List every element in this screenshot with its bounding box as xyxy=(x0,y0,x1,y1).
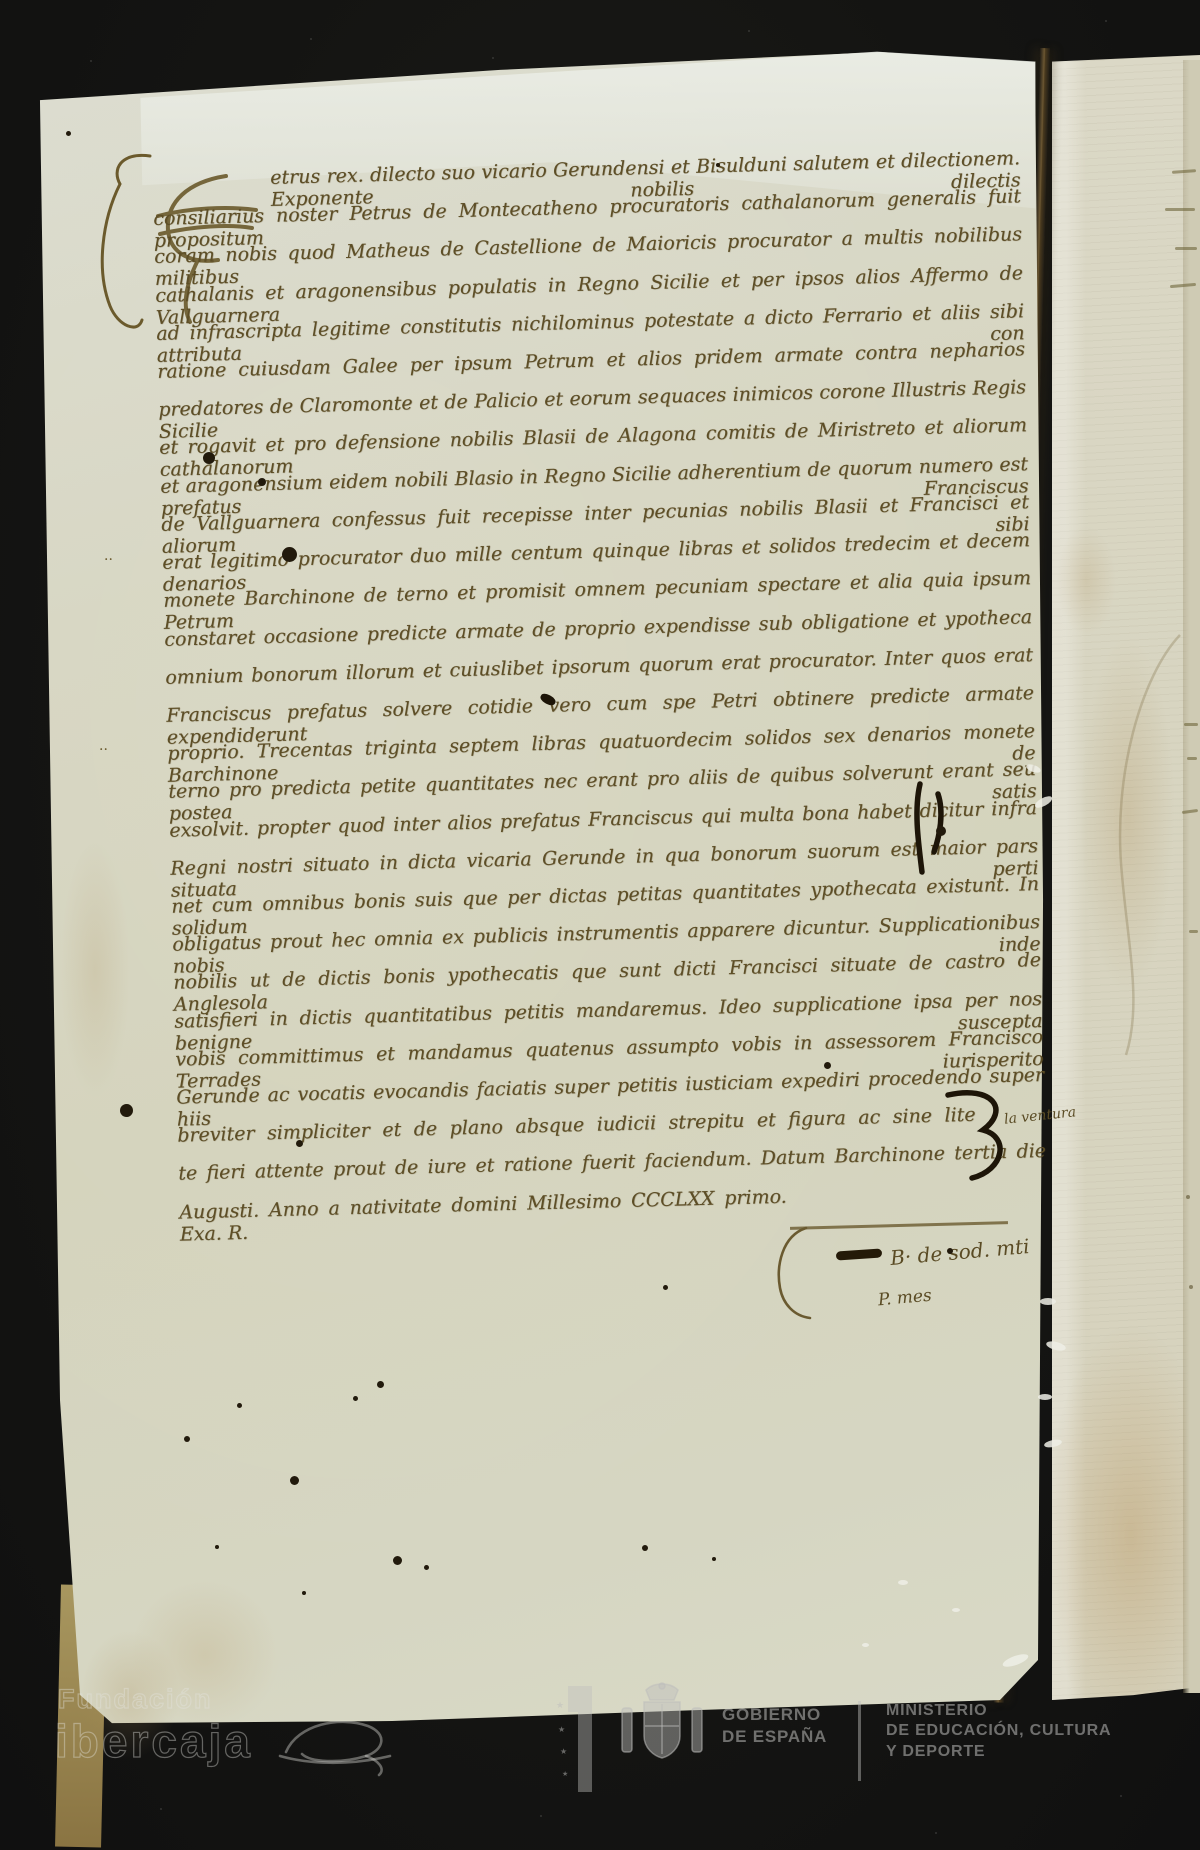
ink-spot xyxy=(393,1556,402,1565)
dust-speck xyxy=(540,1815,542,1817)
svg-text:★: ★ xyxy=(560,1747,567,1756)
ink-spot xyxy=(237,1403,242,1408)
ministerio-line2: DE EDUCACIÓN, CULTURA xyxy=(886,1721,1111,1741)
manuscript-line: Augusti. Anno a nativitate domini Milles… xyxy=(179,1186,787,1234)
ink-squiggle xyxy=(938,1085,1016,1183)
gobierno-line2: DE ESPAÑA xyxy=(722,1726,827,1748)
edge-dot xyxy=(1186,1195,1190,1199)
ink-spot xyxy=(203,452,215,464)
ink-spot xyxy=(353,1396,358,1401)
margin-mark: ·· xyxy=(104,552,113,568)
edge-dot xyxy=(1189,1285,1193,1289)
ibercaja-swirl-icon xyxy=(278,1712,396,1780)
show-through-flourish xyxy=(1082,615,1192,1075)
ink-spot xyxy=(424,1565,429,1570)
dust-speck xyxy=(310,38,312,40)
ink-spot xyxy=(258,478,266,486)
ink-spot xyxy=(66,131,71,136)
photograph-of-manuscript: etrus rex. dilecto suo vicario Gerundens… xyxy=(0,0,1200,1850)
manuscript-text-block: etrus rex. dilecto suo vicario Gerundens… xyxy=(152,147,1048,1244)
text-fragment-mark xyxy=(1165,208,1195,211)
wax-drip xyxy=(1040,1298,1056,1305)
ink-spot xyxy=(642,1545,648,1551)
dust-speck xyxy=(1120,1795,1122,1797)
paper-stain xyxy=(1046,1325,1200,1745)
ink-spot xyxy=(215,1545,219,1549)
dust-speck xyxy=(748,30,750,32)
facing-folio-page xyxy=(1052,55,1200,1700)
text-fragment-mark xyxy=(1184,723,1198,726)
svg-text:★: ★ xyxy=(558,1725,565,1734)
svg-text:★: ★ xyxy=(556,1700,564,1710)
ink-spot xyxy=(296,1140,303,1147)
ink-spot xyxy=(302,1591,306,1595)
margin-mark: ·· xyxy=(99,742,108,758)
ink-spot xyxy=(936,826,946,836)
dust-speck xyxy=(492,57,494,59)
text-fragment-mark xyxy=(1189,930,1198,933)
ink-spot xyxy=(184,1436,190,1442)
wax-drip xyxy=(1038,1394,1052,1400)
dust-speck xyxy=(90,60,92,62)
spain-coat-of-arms-icon xyxy=(616,1680,708,1772)
ink-spot xyxy=(824,1062,831,1069)
gobierno-line1: GOBIERNO xyxy=(722,1704,827,1726)
gobierno-flag-icon: ★ ★ ★ ★ xyxy=(556,1686,606,1794)
dust-speck xyxy=(160,1808,162,1810)
ink-spot xyxy=(663,1285,668,1290)
ministerio-line1: MINISTERIO xyxy=(886,1701,1111,1721)
wax-drip xyxy=(862,1643,869,1647)
ministerio-watermark-text: MINISTERIO DE EDUCACIÓN, CULTURA Y DEPOR… xyxy=(886,1701,1111,1762)
ministerio-line3: Y DEPORTE xyxy=(886,1742,1111,1762)
ink-spot xyxy=(282,547,297,562)
dust-speck xyxy=(1105,20,1107,22)
ink-spot xyxy=(377,1381,384,1388)
ink-spot xyxy=(120,1104,133,1117)
wax-drip xyxy=(898,1580,908,1585)
watermark-divider xyxy=(858,1701,861,1781)
paper-stain xyxy=(60,840,130,1100)
ibercaja-watermark-line2: ibercaja xyxy=(55,1714,253,1768)
ibercaja-watermark-line1: Fundación xyxy=(58,1684,213,1715)
signature-bracket xyxy=(774,1226,814,1322)
ink-spot xyxy=(290,1476,299,1485)
wax-drip xyxy=(952,1608,960,1612)
underlying-page-edge xyxy=(1183,60,1200,1693)
svg-text:★: ★ xyxy=(562,1770,568,1778)
text-fragment-mark xyxy=(1175,247,1197,250)
dust-speck xyxy=(935,1832,937,1834)
gobierno-watermark-text: GOBIERNO DE ESPAÑA xyxy=(722,1704,827,1748)
ink-spot xyxy=(716,163,720,167)
text-fragment-mark xyxy=(1187,757,1197,760)
ink-spot xyxy=(947,1248,953,1254)
ink-spot xyxy=(712,1557,716,1561)
